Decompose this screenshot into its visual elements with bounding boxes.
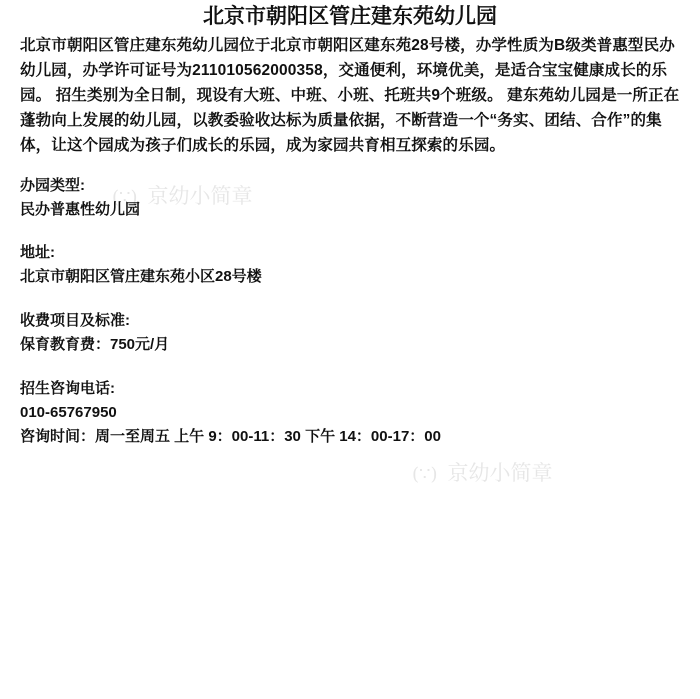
section-address: 地址: 北京市朝阳区管庄建东苑小区28号楼	[20, 241, 262, 289]
section-contact: 招生咨询电话: 010-65767950 咨询时间：周一至周五 上午 9：00-…	[20, 377, 441, 449]
section-fees-label: 收费项目及标准:	[20, 309, 169, 333]
section-contact-label: 招生咨询电话:	[20, 377, 441, 401]
section-address-value: 北京市朝阳区管庄建东苑小区28号楼	[20, 265, 262, 289]
intro-paragraph: 北京市朝阳区管庄建东苑幼儿园位于北京市朝阳区建东苑28号楼，办学性质为B级类普惠…	[20, 33, 682, 158]
watermark-text: 京幼小简章	[448, 461, 553, 485]
section-type-value: 民办普惠性幼儿园	[20, 198, 140, 222]
section-type-label: 办园类型:	[20, 174, 140, 198]
watermark-2: (∵)京幼小简章	[412, 457, 553, 487]
watermark-logo-icon: (∵)	[412, 464, 438, 485]
page-title: 北京市朝阳区管庄建东苑幼儿园	[0, 4, 700, 30]
watermark-text: 京幼小简章	[148, 184, 253, 208]
section-fees: 收费项目及标准: 保育教育费：750元/月	[20, 309, 169, 357]
section-fees-value: 保育教育费：750元/月	[20, 333, 169, 357]
section-address-label: 地址:	[20, 241, 262, 265]
section-contact-phone: 010-65767950	[20, 401, 441, 425]
section-contact-hours: 咨询时间：周一至周五 上午 9：00-11：30 下午 14：00-17：00	[20, 425, 441, 449]
section-type: 办园类型: 民办普惠性幼儿园	[20, 174, 140, 222]
